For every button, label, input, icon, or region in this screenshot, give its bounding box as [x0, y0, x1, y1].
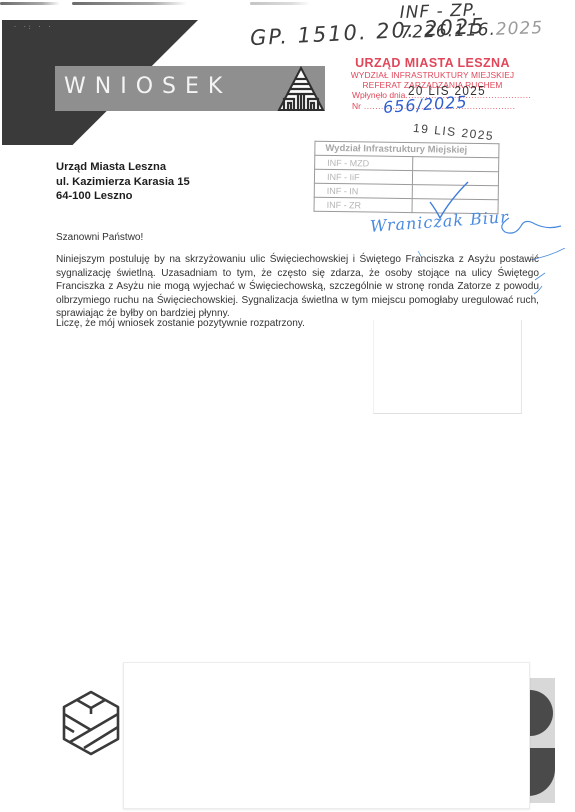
routing-code: INF - IN [314, 183, 412, 198]
stamp-number-label: Nr [352, 101, 361, 111]
scan-edge-artifact [0, 2, 60, 5]
stamp-department: WYDZIAŁ INFRASTRUKTURY MIEJSKIEJ [345, 70, 520, 80]
scan-edge-artifact [250, 2, 310, 5]
footer-redaction-card [123, 662, 530, 809]
routing-code: INF - ZR [314, 197, 412, 212]
routing-table: Wydział Infrastruktury Miejskiej INF - M… [314, 141, 500, 215]
secondary-date-stamp: 19 LIS 2025 [412, 121, 494, 143]
recipient-name: Urząd Miasta Leszna [56, 160, 190, 175]
routing-cell [413, 157, 499, 172]
handwritten-ref-main: INF - ZP. 7226.116. [399, 0, 496, 43]
redaction-patch [373, 320, 522, 414]
letter-closing: Liczę, że mój wniosek zostanie pozytywni… [56, 318, 305, 329]
handwritten-ref-year: 2025 [496, 18, 544, 40]
stamp-title: URZĄD MIASTA LESZNA [345, 56, 520, 70]
document-title: WNIOSEK [64, 74, 231, 99]
letter-greeting: Szanowni Państwo! [56, 232, 143, 243]
scan-edge-artifact [72, 2, 187, 5]
letter-body: Niniejszym postuluję by na skrzyżowaniu … [56, 253, 539, 321]
recipient-city: 64-100 Leszno [56, 189, 190, 204]
signature-flourish [495, 208, 565, 248]
handwritten-top-reference: INF - ZP. 7226.116.2025 [399, 0, 575, 43]
pyramid-logo-icon [277, 66, 325, 111]
scan-specks: · ·: · · [14, 24, 53, 31]
recipient-street: ul. Kazimierza Karasia 15 [56, 175, 190, 190]
recipient-address: Urząd Miasta Leszna ul. Kazimierza Karas… [56, 160, 190, 204]
routing-code: INF - IiF [314, 169, 412, 184]
routing-code: INF - MZD [315, 155, 413, 170]
hexagon-logo-icon [60, 690, 122, 756]
